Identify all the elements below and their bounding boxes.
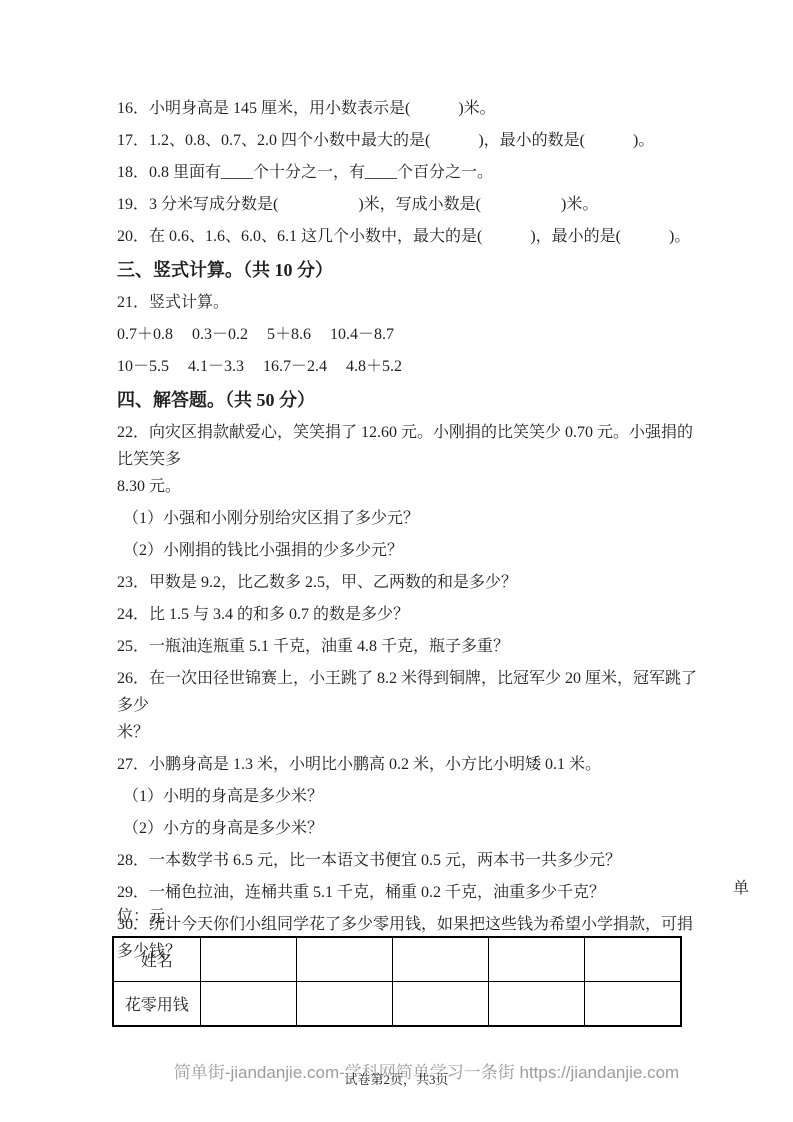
table-cell — [585, 982, 681, 1027]
question-paragraph: 26．在一次田径世锦赛上，小王跳了 8.2 米得到铜牌，比冠军少 20 厘米，冠… — [117, 665, 697, 746]
question-line: 23．甲数是 9.2，比乙数多 2.5，甲、乙两数的和是多少？ — [117, 569, 697, 596]
question-line: 16．小明身高是 145 厘米，用小数表示是( )米。 — [117, 95, 697, 122]
exam-page: 16．小明身高是 145 厘米，用小数表示是( )米。17．1.2、0.8、0.… — [0, 0, 793, 1122]
table-cell — [296, 982, 392, 1027]
calc-expression: 10.4－8.7 — [330, 321, 394, 348]
question-line: 22．向灾区捐款献爱心，笑笑捐了 12.60 元。小刚捐的比笑笑少 0.70 元… — [117, 419, 697, 473]
sub-question-line: （1）小明的身高是多少米？ — [117, 783, 697, 810]
section-heading: 四、解答题。（共 50 分） — [117, 385, 697, 415]
question-line: 17．1.2、0.8、0.7、2.0 四个小数中最大的是( )，最小的数是( )… — [117, 127, 697, 154]
table-cell — [489, 982, 585, 1027]
calc-expression: 4.8＋5.2 — [346, 353, 402, 380]
calc-expression: 10－5.5 — [117, 353, 169, 380]
calc-row: 0.7＋0.80.3－0.25＋8.610.4－8.7 — [117, 321, 697, 348]
sub-question-line: （2）小方的身高是多少米？ — [117, 815, 697, 842]
calc-expression: 16.7－2.4 — [263, 353, 327, 380]
table-row-label: 姓名 — [113, 937, 200, 982]
spending-table: 姓名花零用钱 — [112, 936, 682, 1027]
question-line: 27．小鹏身高是 1.3 米，小明比小鹏高 0.2 米，小方比小明矮 0.1 米… — [117, 751, 697, 778]
question-line: 18．0.8 里面有____个十分之一，有____个百分之一。 — [117, 159, 697, 186]
question-line: 26．在一次田径世锦赛上，小王跳了 8.2 米得到铜牌，比冠军少 20 厘米，冠… — [117, 665, 697, 719]
calc-expression: 5＋8.6 — [267, 321, 311, 348]
calc-expression: 0.3－0.2 — [192, 321, 248, 348]
question-line: 19．3 分米写成分数是( )米，写成小数是( )米。 — [117, 191, 697, 218]
section-heading: 三、竖式计算。（共 10 分） — [117, 255, 697, 285]
question-paragraph: 22．向灾区捐款献爱心，笑笑捐了 12.60 元。小刚捐的比笑笑少 0.70 元… — [117, 419, 697, 500]
unit-note-wrapped-char: 单 — [733, 878, 749, 900]
table-cell — [296, 937, 392, 982]
sub-question-line: （1）小强和小刚分别给灾区捐了多少元？ — [117, 505, 697, 532]
calc-row: 10－5.54.1－3.316.7－2.44.8＋5.2 — [117, 353, 697, 380]
question-line: 24．比 1.5 与 3.4 的和多 0.7 的数是多少？ — [117, 601, 697, 628]
exam-body: 16．小明身高是 145 厘米，用小数表示是( )米。17．1.2、0.8、0.… — [117, 95, 697, 970]
question-line: 29．一桶色拉油，连桶共重 5.1 千克，桶重 0.2 千克，油重多少千克？ — [117, 879, 697, 906]
sub-question-line: （2）小刚捐的钱比小强捐的少多少元？ — [117, 537, 697, 564]
calc-expression: 0.7＋0.8 — [117, 321, 173, 348]
question-line: 25．一瓶油连瓶重 5.1 千克，油重 4.8 千克，瓶子多重？ — [117, 633, 697, 660]
question-line: 米？ — [117, 719, 697, 746]
page-indicator: 试卷第2页，共3页 — [0, 1069, 793, 1088]
unit-note-label: 位：元 — [117, 906, 165, 928]
question-line: 28．一本数学书 6.5 元，比一本语文书便宜 0.5 元，两本书一共多少元？ — [117, 847, 697, 874]
table-cell — [392, 937, 488, 982]
question-line: 8.30 元。 — [117, 473, 697, 500]
table-cell — [489, 937, 585, 982]
calc-expression: 4.1－3.3 — [188, 353, 244, 380]
question-line: 20．在 0.6、1.6、6.0、6.1 这几个小数中，最大的是( )，最小的是… — [117, 223, 697, 250]
table-cell — [200, 937, 296, 982]
table-row-label: 花零用钱 — [113, 982, 200, 1027]
question-line: 21．竖式计算。 — [117, 289, 697, 316]
table-row: 姓名 — [113, 937, 681, 982]
table-cell — [585, 937, 681, 982]
table-row: 花零用钱 — [113, 982, 681, 1027]
table-cell — [200, 982, 296, 1027]
table-cell — [392, 982, 488, 1027]
